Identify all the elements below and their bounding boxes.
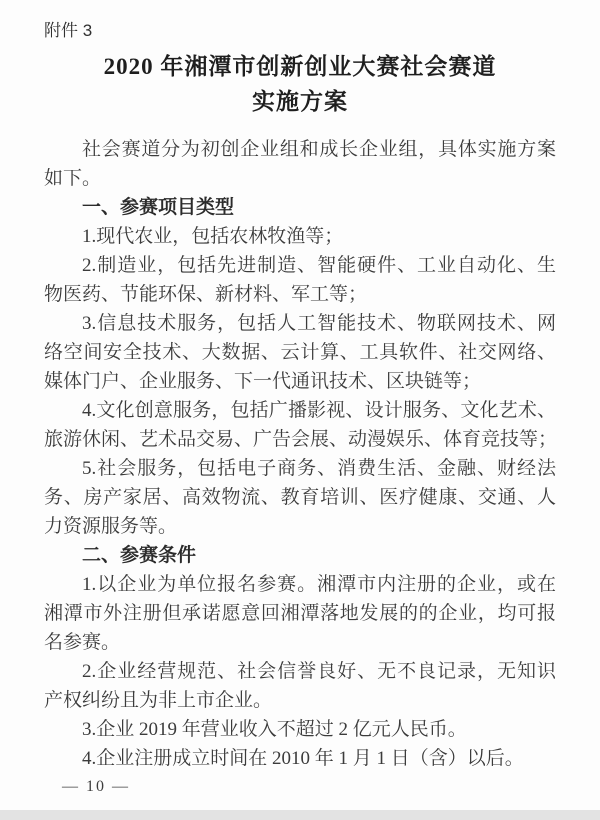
text-line: 媒体门户、企业服务、下一代通讯技术、区块链等； xyxy=(44,367,556,396)
document-body: 社会赛道分为初创企业组和成长企业组，具体实施方案 如下。 一、参赛项目类型 1.… xyxy=(44,135,556,773)
document-page: 附件 3 2020 年湘潭市创新创业大赛社会赛道 实施方案 社会赛道分为初创企业… xyxy=(0,0,600,820)
text-line: 1.现代农业，包括农林牧渔等； xyxy=(44,222,556,251)
title-line-1: 2020 年湘潭市创新创业大赛社会赛道 xyxy=(0,49,600,84)
section-heading: 一、参赛项目类型 xyxy=(44,193,556,222)
text-line: 旅游休闲、艺术品交易、广告会展、动漫娱乐、体育竞技等； xyxy=(44,425,556,454)
section-heading: 二、参赛条件 xyxy=(44,541,556,570)
text-line: 络空间安全技术、大数据、云计算、工具软件、社交网络、 xyxy=(44,338,556,367)
text-line: 4.企业注册成立时间在 2010 年 1 月 1 日（含）以后。 xyxy=(44,744,556,773)
attachment-label: 附件 3 xyxy=(44,20,600,42)
text-line: 社会赛道分为初创企业组和成长企业组，具体实施方案 xyxy=(44,135,556,164)
text-line: 5.社会服务，包括电子商务、消费生活、金融、财经法 xyxy=(44,454,556,483)
title-line-2: 实施方案 xyxy=(0,84,600,119)
text-line: 如下。 xyxy=(44,164,556,193)
text-line: 4.文化创意服务，包括广播影视、设计服务、文化艺术、 xyxy=(44,396,556,425)
text-line: 物医药、节能环保、新材料、军工等； xyxy=(44,280,556,309)
text-line: 2.企业经营规范、社会信誉良好、无不良记录，无知识 xyxy=(44,657,556,686)
text-line: 力资源服务等。 xyxy=(44,512,556,541)
text-line: 3.企业 2019 年营业收入不超过 2 亿元人民币。 xyxy=(44,715,556,744)
text-line: 湘潭市外注册但承诺愿意回湘潭落地发展的的企业，均可报 xyxy=(44,599,556,628)
text-line: 1.以企业为单位报名参赛。湘潭市内注册的企业，或在 xyxy=(44,570,556,599)
text-line: 务、房产家居、高效物流、教育培训、医疗健康、交通、人 xyxy=(44,483,556,512)
text-line: 3.信息技术服务，包括人工智能技术、物联网技术、网 xyxy=(44,309,556,338)
scan-edge-bar xyxy=(0,810,600,820)
text-line: 产权纠纷且为非上市企业。 xyxy=(44,686,556,715)
page-number: — 10 — xyxy=(62,778,130,796)
text-line: 名参赛。 xyxy=(44,628,556,657)
text-line: 2.制造业，包括先进制造、智能硬件、工业自动化、生 xyxy=(44,251,556,280)
document-title: 2020 年湘潭市创新创业大赛社会赛道 实施方案 xyxy=(0,49,600,119)
